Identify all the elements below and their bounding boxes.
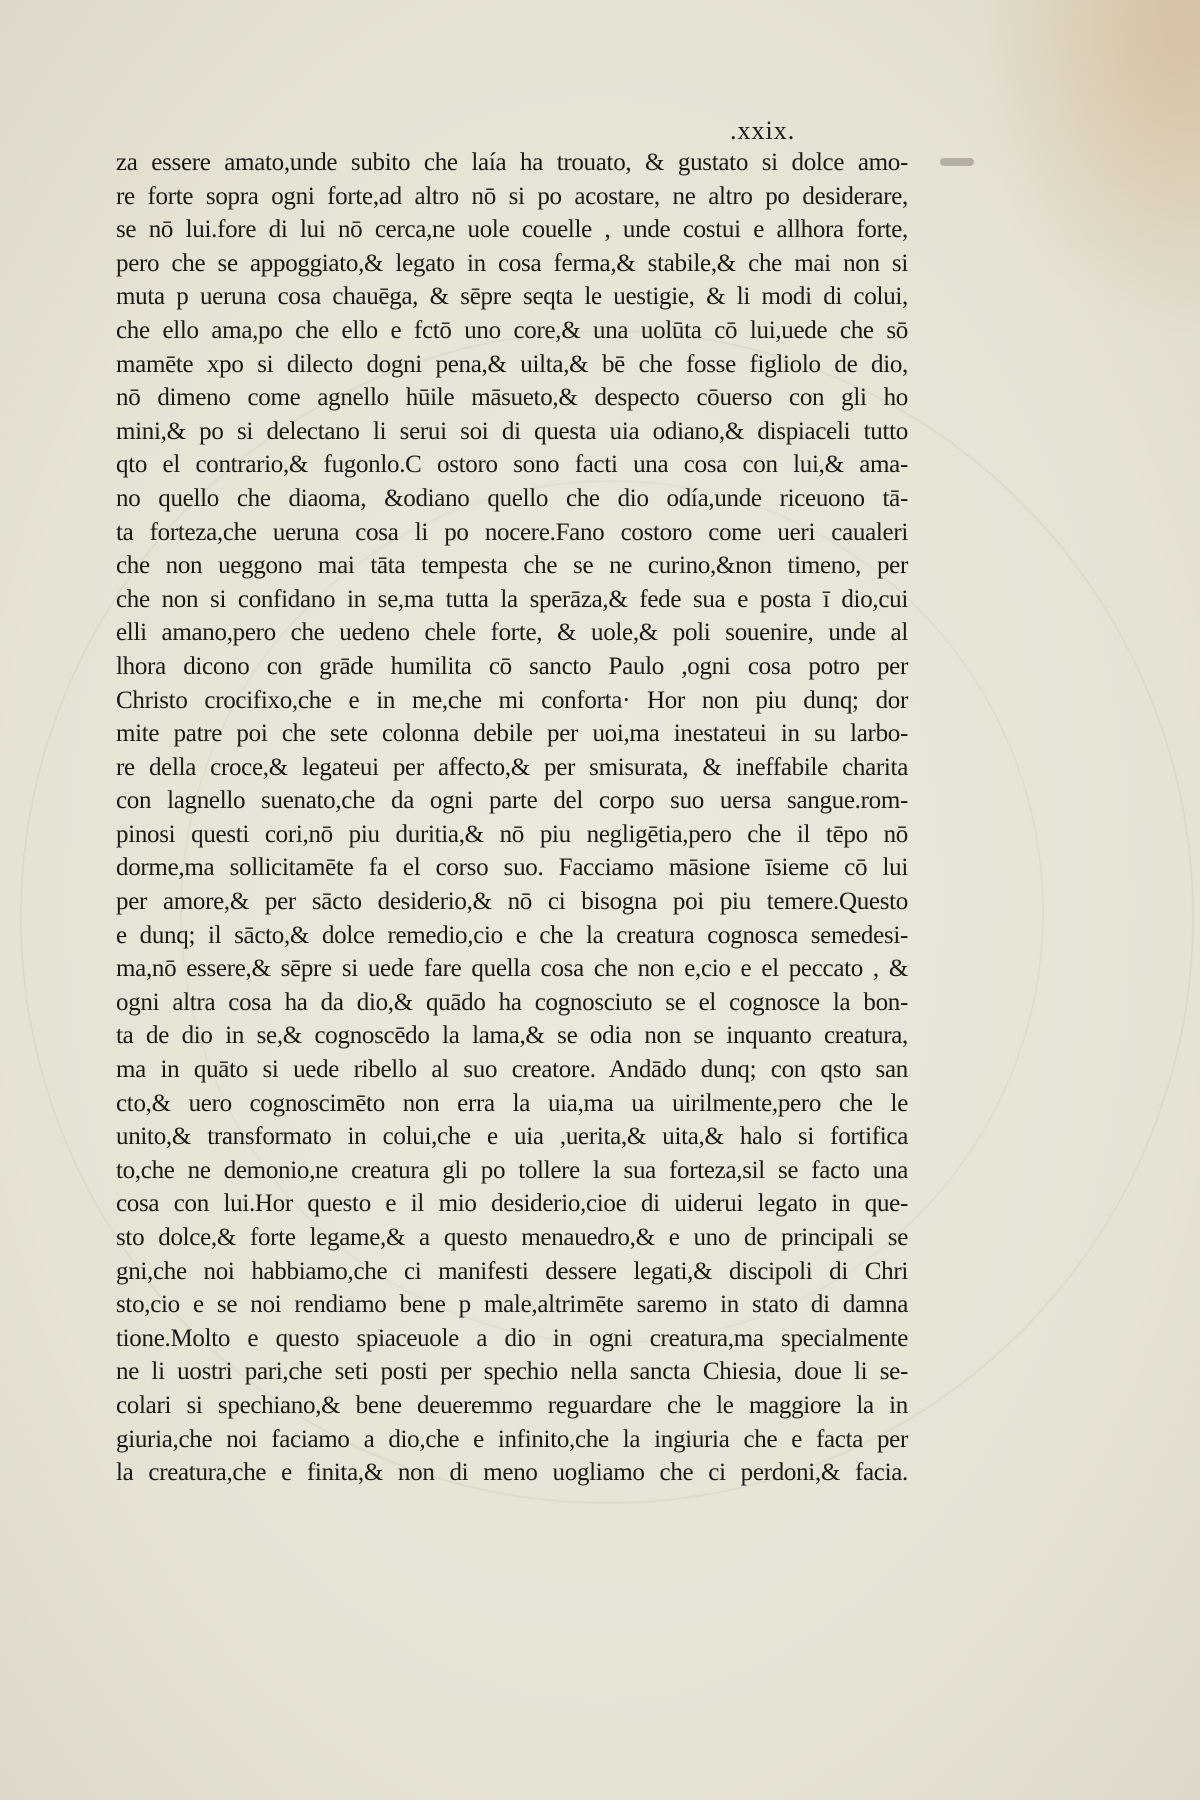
text-line: ta de dio in se,& cognoscēdo la lama,& s… bbox=[116, 1019, 908, 1053]
text-line: cosa con lui.Hor questo e il mio desider… bbox=[116, 1187, 908, 1221]
text-line: che ello ama,po che ello e fctō uno core… bbox=[116, 314, 908, 348]
text-line: per amore,& per sācto desiderio,& nō ci … bbox=[116, 885, 908, 919]
text-line: re forte sopra ogni forte,ad altro nō si… bbox=[116, 180, 908, 214]
text-line: se nō lui.fore di lui nō cerca,ne uole c… bbox=[116, 213, 908, 247]
text-line: sto,cio e se noi rendiamo bene p male,al… bbox=[116, 1288, 908, 1322]
book-page: .xxix. za essere amato,unde subito che l… bbox=[0, 0, 1200, 1800]
text-line: ma in quāto si uede ribello al suo creat… bbox=[116, 1053, 908, 1087]
text-line: colari si spechiano,& bene deueremmo reg… bbox=[116, 1389, 908, 1423]
text-line: che non si confidano in se,ma tutta la s… bbox=[116, 583, 908, 617]
text-line: cto,& uero cognoscimēto non erra la uia,… bbox=[116, 1087, 908, 1121]
text-line: dorme,ma sollicitamēte fa el corso suo. … bbox=[116, 851, 908, 885]
text-line: nō dimeno come agnello hūile māsueto,& d… bbox=[116, 381, 908, 415]
text-line: re della croce,& legateui per affecto,& … bbox=[116, 751, 908, 785]
text-block: za essere amato,unde subito che laía ha … bbox=[116, 146, 908, 1490]
text-line: gni,che noi habbiamo,che ci manifesti de… bbox=[116, 1255, 908, 1289]
text-line: no quello che diaoma, &odiano quello che… bbox=[116, 482, 908, 516]
text-line: to,che ne demonio,ne creatura gli po tol… bbox=[116, 1154, 908, 1188]
folio-number: .xxix. bbox=[730, 116, 795, 146]
text-line: mini,& po si delectano li serui soi di q… bbox=[116, 415, 908, 449]
text-line: Christo crocifixo,che e in me,che mi con… bbox=[116, 684, 908, 718]
text-line: mite patre poi che sete colonna debile p… bbox=[116, 717, 908, 751]
text-line: pinosi questi cori,nō piu duritia,& nō p… bbox=[116, 818, 908, 852]
text-line: sto dolce,& forte legame,& a questo mena… bbox=[116, 1221, 908, 1255]
text-line: ma,nō essere,& sēpre si uede fare quella… bbox=[116, 952, 908, 986]
text-line: ta forteza,che ueruna cosa li po nocere.… bbox=[116, 516, 908, 550]
text-line: mamēte xpo si dilecto dogni pena,& uilta… bbox=[116, 348, 908, 382]
text-line: ogni altra cosa ha da dio,& quādo ha cog… bbox=[116, 986, 908, 1020]
text-line: e dunq; il sācto,& dolce remedio,cio e c… bbox=[116, 919, 908, 953]
text-line: con lagnello suenato,che da ogni parte d… bbox=[116, 784, 908, 818]
text-line: giuria,che noi faciamo a dio,che e infin… bbox=[116, 1423, 908, 1457]
text-line: elli amano,pero che uedeno chele forte, … bbox=[116, 616, 908, 650]
text-line: muta p ueruna cosa chauēga, & sēpre seqt… bbox=[116, 280, 908, 314]
text-line: pero che se appoggiato,& legato in cosa … bbox=[116, 247, 908, 281]
text-line: unito,& transformato in colui,che e uia … bbox=[116, 1120, 908, 1154]
text-line: ne li uostri pari,che seti posti per spe… bbox=[116, 1355, 908, 1389]
text-line: tione.Molto e questo spiaceuole a dio in… bbox=[116, 1322, 908, 1356]
text-line: che non ueggono mai tāta tempesta che se… bbox=[116, 549, 908, 583]
text-line: lhora dicono con grāde humilita cō sanct… bbox=[116, 650, 908, 684]
text-line: qto el contrario,& fugonlo.C ostoro sono… bbox=[116, 448, 908, 482]
text-line: za essere amato,unde subito che laía ha … bbox=[116, 146, 908, 180]
text-line: la creatura,che e finita,& non di meno u… bbox=[116, 1456, 908, 1490]
ink-stain bbox=[940, 158, 974, 166]
